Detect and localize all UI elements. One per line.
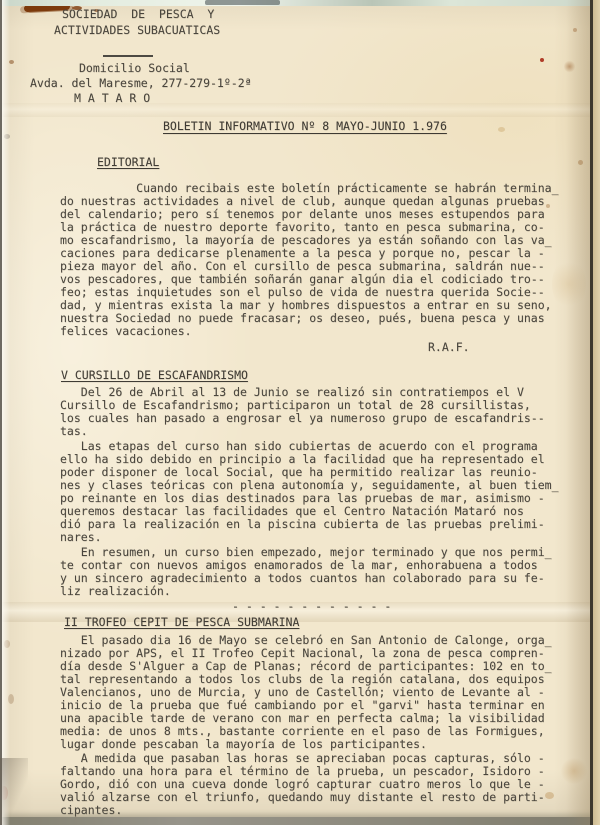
scanned-bulletin-page: SOCIEDAD DE PESCA Y ACTIVIDADES SUBACUAT… — [0, 0, 600, 825]
editorial-heading: EDITORIAL — [97, 156, 159, 169]
letterhead-divider — [103, 55, 153, 57]
stain-speck — [498, 127, 505, 132]
org-name-line-1: SOCIEDAD DE PESCA Y — [62, 8, 214, 21]
editorial-paragraph: Cuando recibais este boletín prácticamen… — [60, 182, 559, 338]
scan-edge-right-shadow — [566, 0, 590, 825]
cursillo-paragraph-1: Del 26 de Abril al 13 de Junio se realiz… — [60, 386, 545, 438]
address-label: Domicilio Social — [79, 62, 190, 75]
page-title: BOLETIN INFORMATIVO Nº 8 MAYO-JUNIO 1.97… — [163, 120, 447, 133]
cursillo-paragraph-3: En resumen, un curso bien empezado, mejo… — [60, 546, 552, 598]
scan-edge-smudge — [205, 0, 280, 5]
cursillo-heading: V CURSILLO DE ESCAFANDRISMO — [61, 369, 248, 382]
editorial-signature: R.A.F. — [428, 341, 470, 354]
cursillo-paragraph-2: Las etapas del curso han sido cubiertas … — [60, 440, 559, 544]
stain-speck — [545, 792, 554, 799]
section-separator: - - - - - - - - - - - - — [232, 600, 391, 613]
trofeo-paragraph-2: A medida que pasaban las horas se apreci… — [60, 752, 545, 817]
trofeo-heading: II TROFEO CEPIT DE PESCA SUBMARINA — [64, 616, 299, 629]
scan-edge-top — [0, 0, 600, 6]
trofeo-paragraph-1: El pasado dia 16 de Mayo se celebró en S… — [60, 634, 552, 751]
scan-edge-left-highlight — [2, 0, 10, 825]
scan-edge-bottom — [0, 817, 600, 825]
address-line: Avda. del Maresme, 277-279-1º-2ª — [30, 77, 252, 90]
city-name: M A T A R O — [74, 92, 150, 105]
org-name-line-2: ACTIVIDADES SUBACUATICAS — [54, 24, 220, 37]
page-curl-shadow — [0, 758, 28, 825]
scan-edge-right-backing — [593, 0, 600, 825]
red-ink-dot — [540, 58, 544, 62]
paper-crease — [0, 103, 600, 117]
